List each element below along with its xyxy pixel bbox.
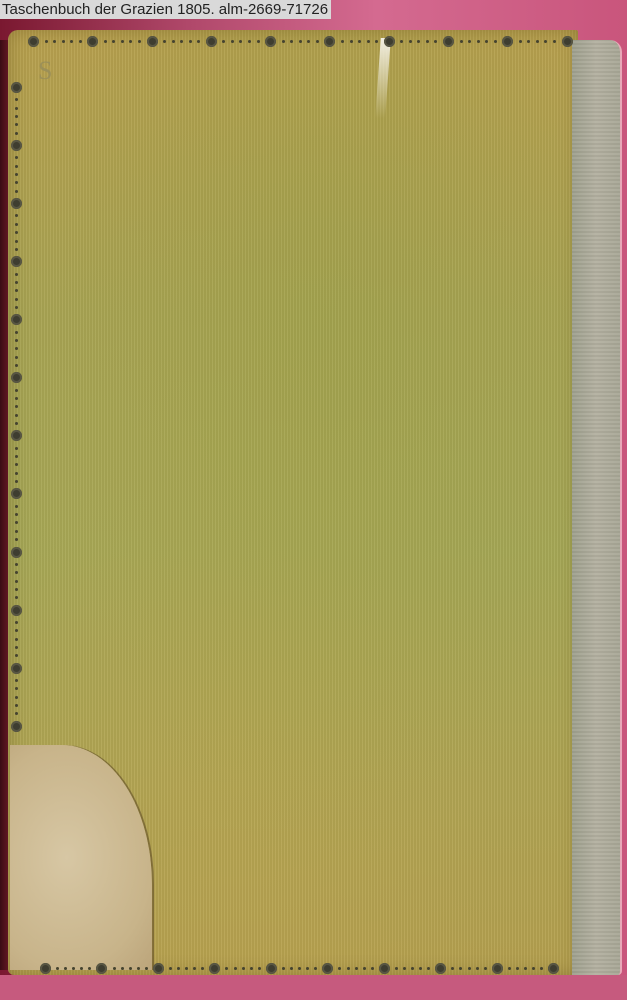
border-bead-icon xyxy=(56,967,59,970)
border-bead-icon xyxy=(15,472,18,475)
border-bead-icon xyxy=(15,364,18,367)
border-bead-icon xyxy=(562,36,573,47)
border-bead-icon xyxy=(15,339,18,342)
border-bead-icon xyxy=(15,463,18,466)
border-bead-icon xyxy=(11,430,22,441)
border-bead-icon xyxy=(15,638,18,641)
border-bead-icon xyxy=(15,588,18,591)
border-bead-icon xyxy=(322,963,333,974)
border-bead-icon xyxy=(145,967,148,970)
bottom-dotted-border xyxy=(40,961,560,975)
border-bead-icon xyxy=(15,580,18,583)
border-bead-icon xyxy=(11,256,22,267)
border-bead-icon xyxy=(15,679,18,682)
border-bead-icon xyxy=(172,40,175,43)
border-bead-icon xyxy=(367,40,370,43)
border-bead-icon xyxy=(15,132,18,135)
border-bead-icon xyxy=(197,40,200,43)
border-bead-icon xyxy=(15,422,18,425)
border-bead-icon xyxy=(28,36,39,47)
border-bead-icon xyxy=(15,646,18,649)
border-bead-icon xyxy=(375,40,378,43)
border-bead-icon xyxy=(15,397,18,400)
border-bead-icon xyxy=(532,967,535,970)
border-bead-icon xyxy=(201,967,204,970)
border-bead-icon xyxy=(153,963,164,974)
border-bead-icon xyxy=(15,687,18,690)
left-dotted-border xyxy=(9,82,23,732)
border-bead-icon xyxy=(11,198,22,209)
border-bead-icon xyxy=(519,40,522,43)
border-bead-icon xyxy=(11,372,22,383)
border-bead-icon xyxy=(15,621,18,624)
border-bead-icon xyxy=(15,389,18,392)
border-bead-icon xyxy=(548,963,559,974)
border-bead-icon xyxy=(476,967,479,970)
border-bead-icon xyxy=(15,231,18,234)
border-bead-icon xyxy=(306,967,309,970)
border-bead-icon xyxy=(121,967,124,970)
border-bead-icon xyxy=(435,963,446,974)
border-bead-icon xyxy=(460,40,463,43)
border-bead-icon xyxy=(15,173,18,176)
border-bead-icon xyxy=(459,967,462,970)
border-bead-icon xyxy=(544,40,547,43)
border-bead-icon xyxy=(553,40,556,43)
border-bead-icon xyxy=(524,967,527,970)
border-bead-icon xyxy=(147,36,158,47)
border-bead-icon xyxy=(15,248,18,251)
border-bead-icon xyxy=(87,36,98,47)
border-bead-icon xyxy=(426,40,429,43)
border-bead-icon xyxy=(222,40,225,43)
border-bead-icon xyxy=(96,963,107,974)
border-bead-icon xyxy=(112,40,115,43)
border-bead-icon xyxy=(409,40,412,43)
border-bead-icon xyxy=(338,967,341,970)
border-bead-icon xyxy=(350,40,353,43)
border-bead-icon xyxy=(15,123,18,126)
border-bead-icon xyxy=(468,40,471,43)
border-bead-icon xyxy=(15,273,18,276)
border-bead-icon xyxy=(484,967,487,970)
border-bead-icon xyxy=(403,967,406,970)
border-bead-icon xyxy=(298,967,301,970)
border-bead-icon xyxy=(225,967,228,970)
border-bead-icon xyxy=(15,181,18,184)
border-bead-icon xyxy=(15,298,18,301)
border-bead-icon xyxy=(189,40,192,43)
border-bead-icon xyxy=(11,314,22,325)
border-bead-icon xyxy=(258,967,261,970)
border-bead-icon xyxy=(15,414,18,417)
border-bead-icon xyxy=(266,963,277,974)
border-bead-icon xyxy=(15,331,18,334)
border-bead-icon xyxy=(40,963,51,974)
border-bead-icon xyxy=(163,40,166,43)
border-bead-icon xyxy=(15,98,18,101)
border-bead-icon xyxy=(113,967,116,970)
border-bead-icon xyxy=(417,40,420,43)
top-dotted-border xyxy=(28,34,573,48)
border-bead-icon xyxy=(15,480,18,483)
border-bead-icon xyxy=(15,223,18,226)
border-bead-icon xyxy=(443,36,454,47)
border-bead-icon xyxy=(536,40,539,43)
border-bead-icon xyxy=(15,530,18,533)
border-bead-icon xyxy=(11,721,22,732)
border-bead-icon xyxy=(15,712,18,715)
corner-mark: S xyxy=(38,56,52,86)
border-bead-icon xyxy=(411,967,414,970)
border-bead-icon xyxy=(53,40,56,43)
border-bead-icon xyxy=(121,40,124,43)
border-bead-icon xyxy=(45,40,48,43)
border-bead-icon xyxy=(177,967,180,970)
border-bead-icon xyxy=(257,40,260,43)
border-bead-icon xyxy=(341,40,344,43)
border-bead-icon xyxy=(384,36,395,47)
border-bead-icon xyxy=(234,967,237,970)
border-bead-icon xyxy=(15,165,18,168)
border-bead-icon xyxy=(239,40,242,43)
border-bead-icon xyxy=(129,40,132,43)
border-bead-icon xyxy=(299,40,302,43)
border-bead-icon xyxy=(169,967,172,970)
border-bead-icon xyxy=(209,963,220,974)
border-bead-icon xyxy=(419,967,422,970)
border-bead-icon xyxy=(185,967,188,970)
border-bead-icon xyxy=(104,40,107,43)
border-bead-icon xyxy=(70,40,73,43)
border-bead-icon xyxy=(15,447,18,450)
border-bead-icon xyxy=(15,115,18,118)
border-bead-icon xyxy=(15,513,18,516)
border-bead-icon xyxy=(15,563,18,566)
border-bead-icon xyxy=(248,40,251,43)
border-bead-icon xyxy=(15,156,18,159)
border-bead-icon xyxy=(15,704,18,707)
border-bead-icon xyxy=(15,505,18,508)
border-bead-icon xyxy=(15,289,18,292)
border-bead-icon xyxy=(290,967,293,970)
border-bead-icon xyxy=(290,40,293,43)
border-bead-icon xyxy=(15,347,18,350)
border-bead-icon xyxy=(15,306,18,309)
border-bead-icon xyxy=(15,107,18,110)
border-bead-icon xyxy=(15,538,18,541)
book-spine xyxy=(572,40,622,975)
border-bead-icon xyxy=(11,488,22,499)
border-bead-icon xyxy=(80,967,83,970)
border-bead-icon xyxy=(307,40,310,43)
border-bead-icon xyxy=(15,696,18,699)
border-bead-icon xyxy=(516,967,519,970)
border-bead-icon xyxy=(250,967,253,970)
border-bead-icon xyxy=(11,663,22,674)
border-bead-icon xyxy=(11,140,22,151)
border-bead-icon xyxy=(371,967,374,970)
border-bead-icon xyxy=(15,455,18,458)
border-bead-icon xyxy=(15,214,18,217)
border-bead-icon xyxy=(137,967,140,970)
border-bead-icon xyxy=(485,40,488,43)
border-bead-icon xyxy=(427,967,430,970)
border-bead-icon xyxy=(282,967,285,970)
border-bead-icon xyxy=(451,967,454,970)
border-bead-icon xyxy=(282,40,285,43)
border-bead-icon xyxy=(358,40,361,43)
border-bead-icon xyxy=(508,967,511,970)
border-bead-icon xyxy=(15,571,18,574)
border-bead-icon xyxy=(231,40,234,43)
border-bead-icon xyxy=(11,605,22,616)
border-bead-icon xyxy=(129,967,132,970)
border-bead-icon xyxy=(492,963,503,974)
border-bead-icon xyxy=(15,521,18,524)
border-bead-icon xyxy=(138,40,141,43)
border-bead-icon xyxy=(527,40,530,43)
border-bead-icon xyxy=(316,40,319,43)
border-bead-icon xyxy=(206,36,217,47)
border-bead-icon xyxy=(494,40,497,43)
border-bead-icon xyxy=(15,281,18,284)
background-surface xyxy=(0,975,627,1000)
border-bead-icon xyxy=(395,967,398,970)
border-bead-icon xyxy=(314,967,317,970)
border-bead-icon xyxy=(363,967,366,970)
border-bead-icon xyxy=(400,40,403,43)
border-bead-icon xyxy=(477,40,480,43)
border-bead-icon xyxy=(242,967,245,970)
border-bead-icon xyxy=(15,240,18,243)
border-bead-icon xyxy=(72,967,75,970)
border-bead-icon xyxy=(180,40,183,43)
image-caption: Taschenbuch der Grazien 1805. alm-2669-7… xyxy=(0,0,331,19)
border-bead-icon xyxy=(15,356,18,359)
border-bead-icon xyxy=(15,405,18,408)
border-bead-icon xyxy=(347,967,350,970)
border-bead-icon xyxy=(79,40,82,43)
border-bead-icon xyxy=(88,967,91,970)
border-bead-icon xyxy=(15,596,18,599)
border-bead-icon xyxy=(324,36,335,47)
border-bead-icon xyxy=(62,40,65,43)
border-bead-icon xyxy=(64,967,67,970)
border-bead-icon xyxy=(15,629,18,632)
border-bead-icon xyxy=(540,967,543,970)
border-bead-icon xyxy=(193,967,196,970)
border-bead-icon xyxy=(379,963,390,974)
border-bead-icon xyxy=(15,654,18,657)
border-bead-icon xyxy=(355,967,358,970)
border-bead-icon xyxy=(468,967,471,970)
border-bead-icon xyxy=(15,190,18,193)
border-bead-icon xyxy=(265,36,276,47)
border-bead-icon xyxy=(434,40,437,43)
border-bead-icon xyxy=(11,547,22,558)
border-bead-icon xyxy=(502,36,513,47)
border-bead-icon xyxy=(11,82,22,93)
